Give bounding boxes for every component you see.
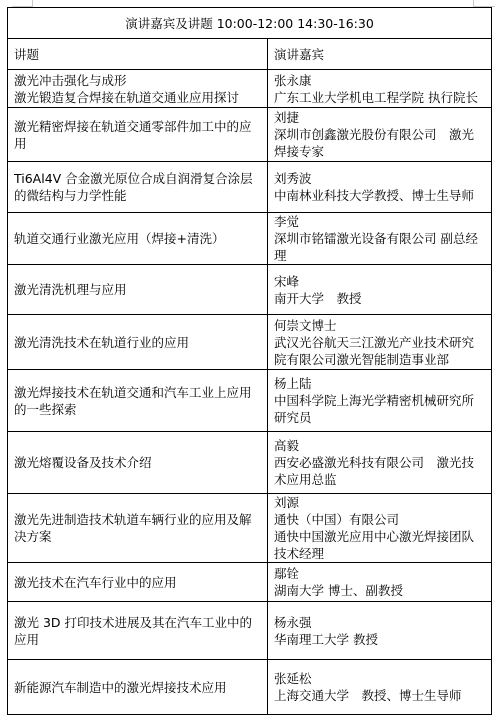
table-title: 演讲嘉宾及讲题 10:00-12:00 14:30-16:30 (8, 8, 492, 39)
speaker-cell: 刘秀波中南林业科技大学教授、博士生导师 (268, 162, 492, 213)
speaker-cell: 杨永强华南理工大学 教授 (268, 602, 492, 660)
speaker-cell: 杨上陆中国科学院上海光学精密机械研究所研究员 (268, 370, 492, 432)
speaker-name: 刘秀波 (274, 170, 485, 187)
speaker-affiliation: 南开大学 教授 (274, 290, 485, 307)
speaker-name: 杨永强 (274, 614, 485, 631)
speaker-cell: 张永康广东工业大学机电工程学院 执行院长 (268, 70, 492, 108)
speaker-cell: 张延松上海交通大学 教授、博士生导师 (268, 660, 492, 715)
table-row: 激光清洗技术在轨道行业的应用何崇文博士武汉光谷航天三江激光产业技术研究院有限公司… (8, 315, 492, 370)
speaker-cell: 刘捷深圳市创鑫激光股份有限公司 激光焊接专家 (268, 108, 492, 162)
speaker-affiliation: 武汉光谷航天三江激光产业技术研究院有限公司激光智能制造事业部 (274, 334, 485, 368)
header-speaker: 演讲嘉宾 (268, 39, 492, 70)
table-row: 新能源汽车制造中的激光焊接技术应用张延松上海交通大学 教授、博士生导师 (8, 660, 492, 715)
table-row: 激光技术在汽车行业中的应用鄢铨湖南大学 博士、副教授 (8, 563, 492, 602)
topic-cell: 新能源汽车制造中的激光焊接技术应用 (8, 660, 268, 715)
topic-cell: 激光熔覆设备及技术介绍 (8, 432, 268, 494)
speaker-agenda-table: 演讲嘉宾及讲题 10:00-12:00 14:30-16:30 讲题 演讲嘉宾 … (7, 7, 492, 715)
speaker-affiliation: 湖南大学 博士、副教授 (274, 582, 485, 599)
speaker-cell: 李觉深圳市铭镭激光设备有限公司 副总经理 (268, 213, 492, 265)
speaker-name: 宋峰 (274, 273, 485, 290)
speaker-name: 何崇文博士 (274, 317, 485, 334)
speaker-affiliation: 深圳市创鑫激光股份有限公司 激光焊接专家 (274, 126, 485, 160)
table-header-row: 讲题 演讲嘉宾 (8, 39, 492, 70)
topic-cell: 激光清洗技术在轨道行业的应用 (8, 315, 268, 370)
topic-cell: 激光清洗机理与应用 (8, 265, 268, 315)
speaker-cell: 何崇文博士武汉光谷航天三江激光产业技术研究院有限公司激光智能制造事业部 (268, 315, 492, 370)
table-row: 激光冲击强化与成形 激光锻造复合焊接在轨道交通业应用探讨张永康广东工业大学机电工… (8, 70, 492, 108)
table-row: 激光 3D 打印技术进展及其在汽车工业中的应用杨永强华南理工大学 教授 (8, 602, 492, 660)
table-row: 轨道交通行业激光应用（焊接+清洗）李觉深圳市铭镭激光设备有限公司 副总经理 (8, 213, 492, 265)
speaker-name: 杨上陆 (274, 375, 485, 392)
table-row: 激光熔覆设备及技术介绍高毅西安必盛激光科技有限公司 激光技术应用总监 (8, 432, 492, 494)
topic-cell: 激光 3D 打印技术进展及其在汽车工业中的应用 (8, 602, 268, 660)
speaker-cell: 刘源通快（中国）有限公司 通快中国激光应用中心激光焊接团队技术经理 (268, 494, 492, 563)
speaker-affiliation: 华南理工大学 教授 (274, 631, 485, 648)
speaker-affiliation: 西安必盛激光科技有限公司 激光技术应用总监 (274, 454, 485, 488)
speaker-affiliation: 广东工业大学机电工程学院 执行院长 (274, 89, 485, 106)
speaker-affiliation: 上海交通大学 教授、博士生导师 (274, 687, 485, 704)
speaker-cell: 鄢铨湖南大学 博士、副教授 (268, 563, 492, 602)
speaker-name: 高毅 (274, 437, 485, 454)
speaker-affiliation: 深圳市铭镭激光设备有限公司 副总经理 (274, 230, 485, 264)
table-title-row: 演讲嘉宾及讲题 10:00-12:00 14:30-16:30 (8, 8, 492, 39)
speaker-cell: 高毅西安必盛激光科技有限公司 激光技术应用总监 (268, 432, 492, 494)
speaker-name: 鄢铨 (274, 565, 485, 582)
speaker-affiliation: 通快（中国）有限公司 通快中国激光应用中心激光焊接团队技术经理 (274, 511, 485, 562)
speaker-affiliation: 中南林业科技大学教授、博士生导师 (274, 187, 485, 204)
speaker-name: 刘捷 (274, 109, 485, 126)
topic-cell: 轨道交通行业激光应用（焊接+清洗） (8, 213, 268, 265)
topic-cell: 激光精密焊接在轨道交通零部件加工中的应用 (8, 108, 268, 162)
speaker-affiliation: 中国科学院上海光学精密机械研究所研究员 (274, 392, 485, 426)
table-body: 激光冲击强化与成形 激光锻造复合焊接在轨道交通业应用探讨张永康广东工业大学机电工… (8, 70, 492, 715)
table-row: Ti6Al4V 合金激光原位合成自润滑复合涂层的微结构与力学性能刘秀波中南林业科… (8, 162, 492, 213)
table-row: 激光先进制造技术轨道车辆行业的应用及解决方案刘源通快（中国）有限公司 通快中国激… (8, 494, 492, 563)
table-row: 激光清洗机理与应用宋峰南开大学 教授 (8, 265, 492, 315)
topic-cell: 激光先进制造技术轨道车辆行业的应用及解决方案 (8, 494, 268, 563)
speaker-name: 李觉 (274, 213, 485, 230)
speaker-name: 张延松 (274, 670, 485, 687)
table-row: 激光精密焊接在轨道交通零部件加工中的应用刘捷深圳市创鑫激光股份有限公司 激光焊接… (8, 108, 492, 162)
topic-cell: 激光技术在汽车行业中的应用 (8, 563, 268, 602)
speaker-name: 张永康 (274, 72, 485, 89)
topic-cell: 激光焊接技术在轨道交通和汽车工业上应用的一些探索 (8, 370, 268, 432)
header-topic: 讲题 (8, 39, 268, 70)
topic-cell: 激光冲击强化与成形 激光锻造复合焊接在轨道交通业应用探讨 (8, 70, 268, 108)
speaker-name: 刘源 (274, 494, 485, 511)
speaker-cell: 宋峰南开大学 教授 (268, 265, 492, 315)
topic-cell: Ti6Al4V 合金激光原位合成自润滑复合涂层的微结构与力学性能 (8, 162, 268, 213)
table-row: 激光焊接技术在轨道交通和汽车工业上应用的一些探索杨上陆中国科学院上海光学精密机械… (8, 370, 492, 432)
